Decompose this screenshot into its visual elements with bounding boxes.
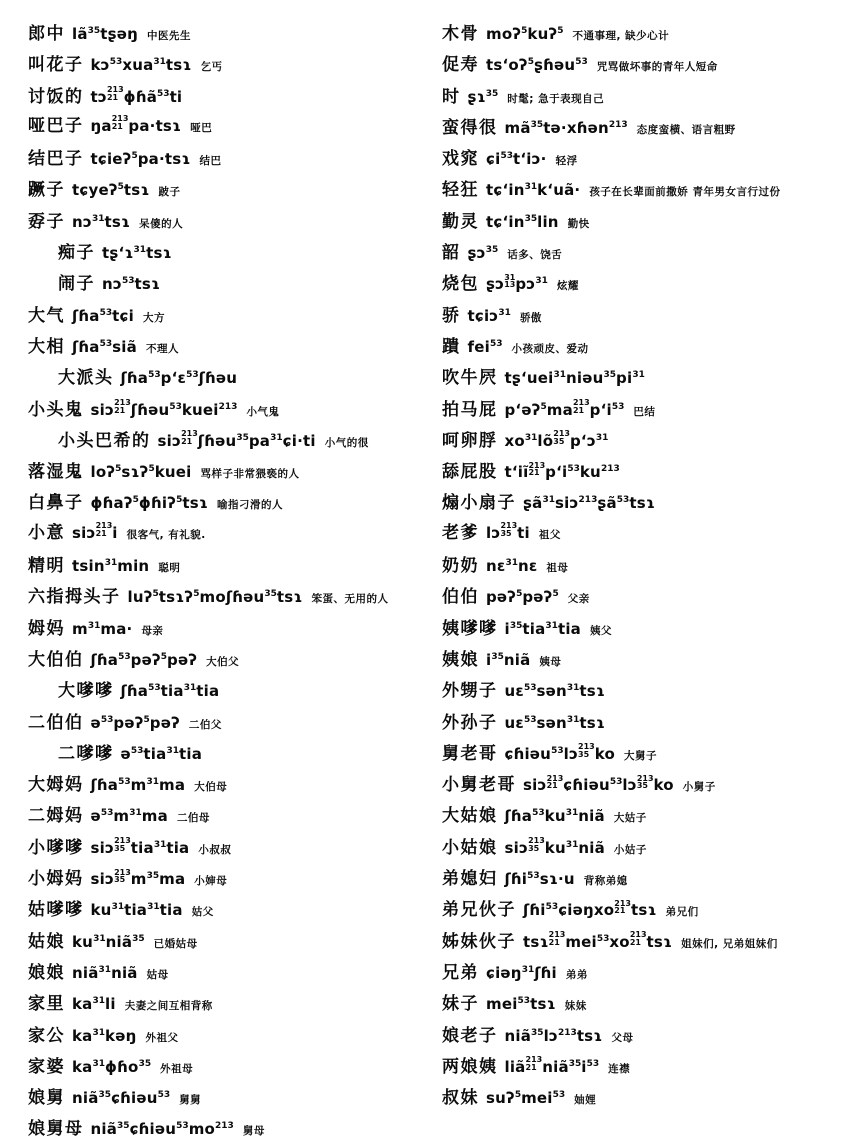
entry: 结巴子tɕieʔ5pa·tsɿ结巴 xyxy=(28,141,428,172)
ipa-text: ɸɦã xyxy=(124,88,157,106)
ipa-text: ma· xyxy=(100,620,132,638)
ipa-transcription: siɔ21321ʃɦəu53kuei213 xyxy=(91,401,238,419)
tone-number: 53 xyxy=(532,808,545,818)
tone-number: 213 xyxy=(609,120,628,130)
ipa-text: ʃɦi xyxy=(523,901,546,919)
headword: 叔妹 xyxy=(442,1088,479,1108)
entry: 呵卵脬xo31lõ21335pʻɔ31 xyxy=(442,423,854,454)
ipa-text: pa·tsɿ xyxy=(138,150,191,168)
tone-number: 31 xyxy=(153,57,166,67)
ipa-transcription: tɕiɔ31 xyxy=(468,307,511,325)
ipa-transcription: tɕieʔ5pa·tsɿ xyxy=(91,150,191,168)
entry: 外甥子uɛ53sən31tsɿ xyxy=(442,673,854,704)
ipa-text: pəʔ xyxy=(167,651,197,669)
ipa-text: niã xyxy=(106,933,133,951)
tone-number: 35 xyxy=(510,621,523,631)
ipa-text: loʔ xyxy=(91,463,116,481)
ipa-text: kuei xyxy=(155,463,192,481)
tone-sandhi-numbers: 21335 xyxy=(114,837,131,852)
tone-number: 31 xyxy=(99,965,112,975)
headword: 拍马屁 xyxy=(442,400,498,420)
tone-number: 35 xyxy=(486,89,499,99)
entry: 白鼻子ɸɦaʔ5ɸɦiʔ5tsɿ喻指刁滑的人 xyxy=(28,485,428,516)
entry: 轻狂tɕʻin31kʻuã·孩子在长辈面前撒娇 青年男女言行过份 xyxy=(442,172,854,203)
ipa-text: tʻiɔ· xyxy=(513,150,547,168)
entry: 兄弟ɕiəŋ31ʃɦi弟弟 xyxy=(442,955,854,986)
headword: 老爹 xyxy=(442,523,479,543)
tone-number: 53 xyxy=(118,777,131,787)
tone-number: 53 xyxy=(169,402,182,412)
headword: 勤灵 xyxy=(442,212,479,232)
entry: 妹子mei53tsɿ妹妹 xyxy=(442,986,854,1017)
ipa-text: tsɿ xyxy=(647,933,673,951)
ipa-transcription: niã35ɕɦiəu53 xyxy=(72,1089,170,1107)
ipa-text: mei xyxy=(486,995,518,1013)
ipa-transcription: ŋa21321pa·tsɿ xyxy=(91,117,182,135)
tone-number: 53 xyxy=(524,683,537,693)
ipa-text: fei xyxy=(468,338,490,356)
headword: 小嗲嗲 xyxy=(28,838,84,858)
ipa-transcription: luʔ5tsɿʔ5moʃɦəu35tsɿ xyxy=(128,588,303,606)
ipa-text: mã xyxy=(505,119,531,137)
ipa-text: siɔ xyxy=(91,401,115,419)
ipa-text: xo xyxy=(505,432,525,450)
gloss: 连襟 xyxy=(608,1063,630,1075)
tone-number: 31 xyxy=(567,683,580,693)
tone-number: 31 xyxy=(93,934,106,944)
tone-number: 35 xyxy=(132,934,145,944)
ipa-text: tia xyxy=(131,839,154,857)
ipa-transcription: tsin31min xyxy=(72,557,149,575)
ipa-text: pəʔ xyxy=(486,588,516,606)
ipa-text: pʻi xyxy=(590,401,612,419)
tone-sandhi-numbers: 3113 xyxy=(504,274,515,289)
tone-number: 5 xyxy=(557,26,563,36)
tone-number: 35 xyxy=(236,433,249,443)
ipa-text: nɛ xyxy=(518,557,537,575)
ipa-text: ɸɦaʔ xyxy=(91,494,133,512)
entry: 落湿鬼loʔ5sɿʔ5kuei骂样子非常猥亵的人 xyxy=(28,454,428,485)
tone-sandhi-numbers: 21335 xyxy=(114,869,131,884)
ipa-text: i xyxy=(112,524,117,542)
ipa-text: niã xyxy=(504,651,531,669)
headword: 弟媳妇 xyxy=(442,869,498,889)
gloss: 小孩顽皮、爱动 xyxy=(511,343,588,355)
tone-number: 53 xyxy=(176,1121,189,1131)
ipa-text: ʃɦa xyxy=(91,651,119,669)
tone-number: 31 xyxy=(270,433,283,443)
gloss: 乞丐 xyxy=(201,61,223,73)
tone-sandhi-numbers: 21321 xyxy=(107,86,124,101)
ipa-text: ʃɦəu xyxy=(198,432,237,450)
tone-number: 35 xyxy=(147,871,160,881)
tone-number: 53 xyxy=(518,996,531,1006)
headword: 两娘姨 xyxy=(442,1057,498,1077)
headword: 闹子 xyxy=(58,274,95,294)
headword: 时 xyxy=(442,87,461,107)
gloss: 舅母 xyxy=(243,1125,265,1137)
ipa-transcription: niã31niã xyxy=(72,964,138,982)
headword: 烧包 xyxy=(442,274,479,294)
tone-sandhi-numbers: 21321 xyxy=(114,399,131,414)
ipa-text: siɔ xyxy=(555,494,579,512)
ipa-text: ma xyxy=(547,401,573,419)
headword: 姨嗲嗲 xyxy=(442,619,498,639)
ipa-transcription: liã21321niã35i53 xyxy=(505,1058,600,1076)
entry: 弟媳妇ʃɦi53sɿ·u背称弟媳 xyxy=(442,861,854,892)
headword: 兄弟 xyxy=(442,963,479,983)
ipa-transcription: kɔ53xua31tsɿ xyxy=(91,56,192,74)
entry: 家里ka31li夫妻之间互相背称 xyxy=(28,986,428,1017)
headword: 妹子 xyxy=(442,994,479,1014)
ipa-text: pəʔ xyxy=(522,588,552,606)
ipa-text: ʂɔ xyxy=(486,275,504,293)
ipa-transcription: m31ma· xyxy=(72,620,132,638)
ipa-text: kəŋ xyxy=(105,1027,136,1045)
ipa-text: pʻəʔ xyxy=(505,401,541,419)
ipa-text: sɿ·u xyxy=(540,870,575,888)
tone-number: 31 xyxy=(566,840,579,850)
ipa-transcription: ka31li xyxy=(72,995,116,1013)
entry: 戏窕ɕi53tʻiɔ·轻浮 xyxy=(442,141,854,172)
ipa-transcription: tɕʻin31kʻuã· xyxy=(486,181,580,199)
entry: 两娘姨liã21321niã35i53连襟 xyxy=(442,1049,854,1080)
entry: 六指拇头子luʔ5tsɿʔ5moʃɦəu35tsɿ笨蛋、无用的人 xyxy=(28,579,428,610)
tone-number: 35 xyxy=(117,1121,130,1131)
ipa-text: tia xyxy=(161,682,184,700)
ipa-transcription: niã35lɔ213tsɿ xyxy=(505,1027,603,1045)
ipa-text: tia xyxy=(196,682,219,700)
tone-number: 53 xyxy=(551,746,564,756)
gloss: 态度蛮横、语言粗野 xyxy=(637,124,736,136)
ipa-text: ku xyxy=(91,901,112,919)
ipa-text: ɸɦiʔ xyxy=(139,494,176,512)
tone-number: 31 xyxy=(522,965,535,975)
ipa-text: sən xyxy=(536,714,566,732)
entry: 弟兄伙子ʃɦi53ɕiəŋxo21321tsɿ弟兄们 xyxy=(442,892,854,923)
gloss: 大舅子 xyxy=(624,750,657,762)
ipa-text: niã xyxy=(111,964,138,982)
ipa-transcription: ku31niã35 xyxy=(72,933,145,951)
tone-number: 53 xyxy=(610,777,623,787)
tone-sandhi-numbers: 21321 xyxy=(573,399,590,414)
ipa-text: lɔ xyxy=(622,776,636,794)
gloss: 妹妹 xyxy=(565,1000,587,1012)
gloss: 背称弟媳 xyxy=(584,875,628,887)
ipa-text: siɔ xyxy=(91,870,115,888)
entry: 大派头ʃɦa53pʻɛ53ʃɦəu xyxy=(28,360,428,391)
ipa-text: niã xyxy=(72,964,99,982)
ipa-text: tia xyxy=(166,839,189,857)
tone-sandhi-numbers: 21321 xyxy=(528,462,545,477)
headword: 促寿 xyxy=(442,55,479,75)
gloss: 父母 xyxy=(611,1032,633,1044)
ipa-transcription: nɔ31tsɿ xyxy=(72,213,130,231)
ipa-text: tsin xyxy=(72,557,105,575)
tone-sandhi-numbers: 21335 xyxy=(578,743,595,758)
ipa-text: tsɿʔ xyxy=(159,588,193,606)
entry: 二嗲嗲ə53tia31tia xyxy=(28,736,428,767)
entry: 伯伯pəʔ5pəʔ5父亲 xyxy=(442,579,854,610)
headword: 六指拇头子 xyxy=(28,587,121,607)
ipa-text: tʂʻɿ xyxy=(102,244,134,262)
gloss: 勤快 xyxy=(568,218,590,230)
ipa-transcription: ʃɦa53pʻɛ53ʃɦəu xyxy=(121,369,238,387)
ipa-text: tia xyxy=(558,620,581,638)
tone-number: 213 xyxy=(215,1121,234,1131)
ipa-text: m xyxy=(131,776,147,794)
tone-number: 35 xyxy=(486,245,499,255)
headword: 落湿鬼 xyxy=(28,462,84,482)
tone-number: 31 xyxy=(184,683,197,693)
ipa-transcription: siɔ21335ku31niã xyxy=(505,839,605,857)
gloss: 时髦; 急于表现自己 xyxy=(507,93,604,105)
ipa-text: pəʔ xyxy=(113,714,143,732)
tone-sandhi-numbers: 21321 xyxy=(526,1056,543,1071)
ipa-text: mei xyxy=(521,1089,553,1107)
headword: 小舅老哥 xyxy=(442,775,516,795)
ipa-text: ʃɦa xyxy=(72,307,100,325)
headword: 娘娘 xyxy=(28,963,65,983)
tone-number: 53 xyxy=(575,57,588,67)
headword: 娘舅母 xyxy=(28,1119,84,1139)
tone-number: 31 xyxy=(567,715,580,725)
ipa-text: ʃɦa xyxy=(121,369,149,387)
ipa-transcription: ɸɦaʔ5ɸɦiʔ5tsɿ xyxy=(91,494,208,512)
tone-number: 35 xyxy=(604,370,617,380)
entry: 舔屁股tʻiĩ21321pʻi53ku213 xyxy=(442,454,854,485)
headword: 姆妈 xyxy=(28,619,65,639)
ipa-text: tɕʻin xyxy=(486,213,525,231)
gloss: 中医先生 xyxy=(147,30,191,42)
ipa-text: pəʔ xyxy=(131,651,161,669)
ipa-text: ka xyxy=(72,1027,93,1045)
tone-number: 35 xyxy=(531,120,544,130)
headword: 小头巴希的 xyxy=(58,431,151,451)
tone-number: 31 xyxy=(596,433,609,443)
gloss: 夫妻之间互相背称 xyxy=(125,1000,213,1012)
ipa-text: ma xyxy=(159,870,185,888)
gloss: 姑母 xyxy=(147,969,169,981)
ipa-text: tɕʻin xyxy=(486,181,525,199)
tone-number: 35 xyxy=(531,1028,544,1038)
tone-number: 31 xyxy=(542,495,555,505)
ipa-text: siɔ xyxy=(91,839,115,857)
ipa-text: mo xyxy=(189,1120,215,1138)
headword: 外孙子 xyxy=(442,713,498,733)
gloss: 骂样子非常猥亵的人 xyxy=(201,468,300,480)
entry: 煽小扇子ʂã31siɔ213ʂã53tsɿ xyxy=(442,485,854,516)
entry: 叔妹suʔ5mei53妯娌 xyxy=(442,1080,854,1111)
ipa-text: ma xyxy=(142,807,168,825)
entry: 小意siɔ21321i很客气, 有礼貌. xyxy=(28,517,428,548)
entry: 痴子tʂʻɿ31tsɿ xyxy=(28,235,428,266)
ipa-transcription: siɔ21335tia31tia xyxy=(91,839,190,857)
ipa-text: nɔ xyxy=(72,213,92,231)
entry: 家婆ka31ɸɦo35外祖母 xyxy=(28,1049,428,1080)
entry: 拍马屁pʻəʔ5ma21321pʻi53巴结 xyxy=(442,392,854,423)
headword: 大派头 xyxy=(58,368,114,388)
ipa-text: ko xyxy=(654,776,674,794)
tone-number: 35 xyxy=(264,589,277,599)
ipa-text: niəu xyxy=(566,369,603,387)
ipa-text: ʂɔ xyxy=(468,244,486,262)
entry: 勤灵tɕʻin35lin勤快 xyxy=(442,204,854,235)
ipa-text: sən xyxy=(536,682,566,700)
ipa-text: tɔ xyxy=(91,88,107,106)
ipa-text: sɿʔ xyxy=(121,463,148,481)
entry: 姨嗲嗲i35tia31tia姨父 xyxy=(442,611,854,642)
headword: 家里 xyxy=(28,994,65,1014)
ipa-text: tsɿ xyxy=(579,714,605,732)
ipa-text: ku xyxy=(580,463,601,481)
ipa-text: ʃɦəu xyxy=(199,369,238,387)
tone-number: 31 xyxy=(632,370,645,380)
ipa-text: ɕɦiəu xyxy=(130,1120,177,1138)
ipa-text: suʔ xyxy=(486,1089,515,1107)
tone-number: 53 xyxy=(118,652,131,662)
gloss: 小舅子 xyxy=(683,781,716,793)
tone-number: 53 xyxy=(490,339,503,349)
headword: 韶 xyxy=(442,243,461,263)
gloss: 小婶母 xyxy=(194,875,227,887)
gloss: 小姑子 xyxy=(614,844,647,856)
tone-number: 53 xyxy=(122,276,135,286)
tone-number: 53 xyxy=(186,370,199,380)
ipa-transcription: ʃɦa53tɕi xyxy=(72,307,134,325)
ipa-text: ʂã xyxy=(523,494,542,512)
entry: 郎中lã35tʂəŋ中医先生 xyxy=(28,16,428,47)
tone-number: 31 xyxy=(129,808,142,818)
headword: 白鼻子 xyxy=(28,493,84,513)
entry: 娘老子niã35lɔ213tsɿ父母 xyxy=(442,1018,854,1049)
tone-number: 35 xyxy=(99,1090,112,1100)
tone-number: 53 xyxy=(148,683,161,693)
ipa-text: tsɿ xyxy=(277,588,303,606)
gloss: 大伯父 xyxy=(206,656,239,668)
ipa-text: siɔ xyxy=(158,432,182,450)
entry: 促寿tsʻoʔ5ʂɦəu53咒骂做坏事的青年人短命 xyxy=(442,47,854,78)
ipa-text: ku xyxy=(545,807,566,825)
ipa-text: tɕyeʔ xyxy=(72,181,118,199)
ipa-text: ʃɦa xyxy=(505,807,533,825)
ipa-text: ku xyxy=(545,839,566,857)
headword: 蹶子 xyxy=(28,180,65,200)
ipa-transcription: nɔ53tsɿ xyxy=(102,275,160,293)
ipa-transcription: mã35tə·xɦən213 xyxy=(505,119,628,137)
gloss: 不通事理, 缺少心计 xyxy=(573,30,670,42)
ipa-transcription: tɕyeʔ5tsɿ xyxy=(72,181,150,199)
ipa-transcription: ʃɦi53ɕiəŋxo21321tsɿ xyxy=(523,901,657,919)
entry: 姨娘i35niã姨母 xyxy=(442,642,854,673)
ipa-transcription: xo31lõ21335pʻɔ31 xyxy=(505,432,609,450)
ipa-transcription: ka31ɸɦo35 xyxy=(72,1058,151,1076)
ipa-text: ɕi xyxy=(486,150,500,168)
headword: 哑巴子 xyxy=(28,116,84,136)
headword: 舅老哥 xyxy=(442,744,498,764)
gloss: 喻指刁滑的人 xyxy=(217,499,283,511)
ipa-transcription: pəʔ5pəʔ5 xyxy=(486,588,559,606)
ipa-text: tə·xɦən xyxy=(543,119,609,137)
entry: 姑嗲嗲ku31tia31tia姑父 xyxy=(28,892,428,923)
ipa-text: tsɿ xyxy=(135,275,161,293)
entry: 姆妈m31ma·母亲 xyxy=(28,611,428,642)
headword: 二姆妈 xyxy=(28,806,84,826)
ipa-text: ɕɦiəu xyxy=(563,776,610,794)
headword: 孬子 xyxy=(28,212,65,232)
tone-sandhi-numbers: 21321 xyxy=(547,775,564,790)
ipa-text: siɔ xyxy=(72,524,96,542)
tone-number: 213 xyxy=(601,464,620,474)
gloss: 外祖母 xyxy=(160,1063,193,1075)
ipa-text: nɔ xyxy=(102,275,122,293)
ipa-text: tsɿ xyxy=(629,494,655,512)
ipa-transcription: uɛ53sən31tsɿ xyxy=(505,714,606,732)
gloss: 结巴 xyxy=(200,155,222,167)
tone-number: 5 xyxy=(552,589,558,599)
headword: 姨娘 xyxy=(442,650,479,670)
tone-number: 213 xyxy=(219,402,238,412)
ipa-transcription: ɕiəŋ31ʃɦi xyxy=(486,964,557,982)
tone-number: 53 xyxy=(110,57,123,67)
tone-sandhi-numbers: 21321 xyxy=(112,115,129,130)
entry: 时ʂɿ35时髦; 急于表现自己 xyxy=(442,79,854,110)
tone-number: 31 xyxy=(505,558,518,568)
ipa-text: niã xyxy=(505,1027,532,1045)
headword: 小姆妈 xyxy=(28,869,84,889)
ipa-transcription: ʂã31siɔ213ʂã53tsɿ xyxy=(523,494,655,512)
headword: 小意 xyxy=(28,523,65,543)
gloss: 外祖父 xyxy=(145,1032,178,1044)
tone-number: 53 xyxy=(553,1090,566,1100)
ipa-text: ʃɦi xyxy=(505,870,528,888)
ipa-text: ɕɦiəu xyxy=(505,745,552,763)
headword: 木骨 xyxy=(442,24,479,44)
entry: 叫花子kɔ53xua31tsɿ乞丐 xyxy=(28,47,428,78)
tone-number: 53 xyxy=(567,464,580,474)
ipa-text: kuʔ xyxy=(527,25,557,43)
headword: 戏窕 xyxy=(442,149,479,169)
ipa-text: tsɿ xyxy=(146,244,172,262)
gloss: 大伯母 xyxy=(194,781,227,793)
ipa-transcription: nɛ31nɛ xyxy=(486,557,537,575)
ipa-transcription: tsɿ21321mei53xo21321tsɿ xyxy=(523,933,672,951)
ipa-transcription: ə53m31ma xyxy=(91,807,168,825)
ipa-text: ʃɦa xyxy=(91,776,119,794)
entry: 蹪fei53小孩顽皮、爱动 xyxy=(442,329,854,360)
entry: 蛮得很mã35tə·xɦən213态度蛮横、语言粗野 xyxy=(442,110,854,141)
headword: 煽小扇子 xyxy=(442,493,516,513)
tone-number: 35 xyxy=(525,214,538,224)
tone-number: 31 xyxy=(498,308,511,318)
ipa-text: tsɿ xyxy=(523,933,549,951)
tone-number: 31 xyxy=(147,777,160,787)
tone-sandhi-numbers: 21335 xyxy=(528,837,545,852)
tone-number: 31 xyxy=(545,621,558,631)
headword: 结巴子 xyxy=(28,149,84,169)
gloss: 弟兄们 xyxy=(666,906,699,918)
ipa-text: tsɿ xyxy=(530,995,556,1013)
gloss: 很客气, 有礼貌. xyxy=(127,529,206,541)
tone-number: 31 xyxy=(134,245,147,255)
ipa-text: ŋa xyxy=(91,117,112,135)
ipa-text: tia xyxy=(522,620,545,638)
ipa-transcription: siɔ21335m35ma xyxy=(91,870,186,888)
entry: 大姑娘ʃɦa53ku31niã大姑子 xyxy=(442,798,854,829)
ipa-text: uɛ xyxy=(505,682,524,700)
tone-number: 53 xyxy=(612,402,625,412)
entry: 娘舅niã35ɕɦiəu53舅舅 xyxy=(28,1080,428,1111)
